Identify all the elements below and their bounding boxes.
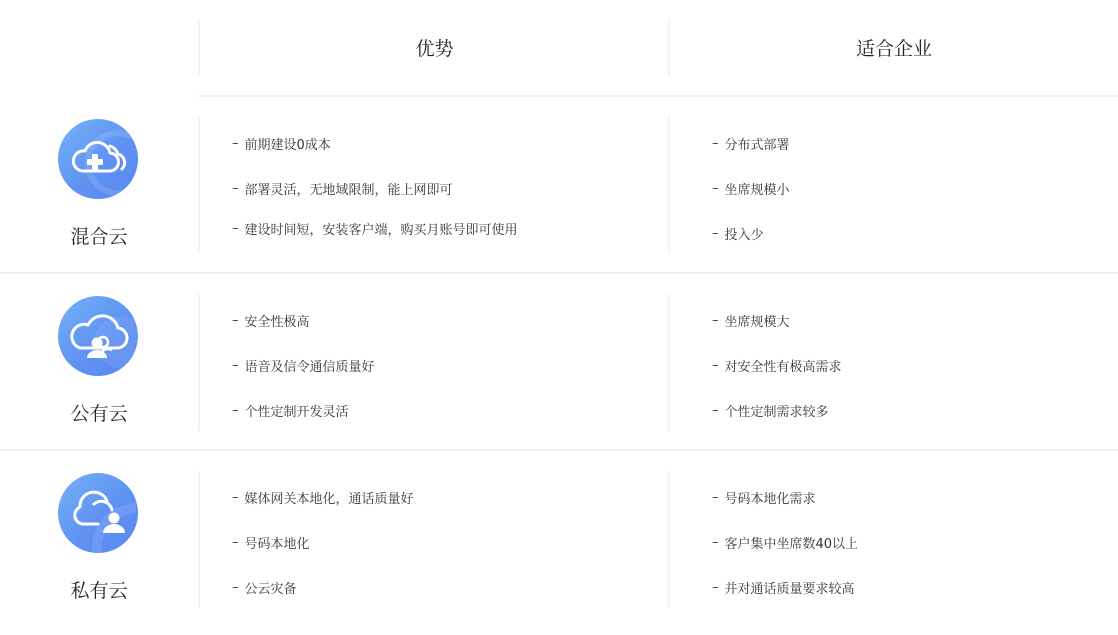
suitable-item: –对安全性有极高需求	[712, 355, 842, 375]
bullet-dash: –	[712, 403, 719, 418]
bullet-dash: –	[712, 580, 719, 595]
type-cell: 公有云	[0, 274, 198, 451]
bullet-dash: –	[712, 313, 719, 328]
cloud-comparison-table: 优势 适合企业 混合云 –前期建设0成本 –部署灵活，无地域限制，能上网即可	[0, 0, 1118, 635]
advantages-cell: –安全性极高 –语音及信令通信质量好 –个性定制开发灵活	[198, 294, 668, 431]
type-label: 公有云	[0, 399, 198, 426]
bullet-dash: –	[232, 535, 239, 550]
item-text: 语音及信令通信质量好	[245, 356, 375, 375]
bullet-dash: –	[232, 358, 239, 373]
advantage-item: –媒体网关本地化，通话质量好	[232, 487, 414, 507]
item-text: 前期建设0成本	[245, 134, 331, 153]
table-row-hybrid-cloud: 混合云 –前期建设0成本 –部署灵活，无地域限制，能上网即可 –建设时间短，安装…	[0, 97, 1118, 274]
private-cloud-user-icon	[58, 473, 138, 553]
item-text: 建设时间短，安装客户端，购买月账号即可使用	[245, 219, 518, 238]
header-suitable-label: 适合企业	[856, 34, 932, 61]
bullet-dash: –	[232, 221, 239, 236]
advantage-item: –个性定制开发灵活	[232, 400, 349, 420]
type-cell: 私有云	[0, 451, 198, 628]
item-text: 安全性极高	[245, 311, 310, 330]
item-text: 客户集中坐席数40以上	[725, 533, 859, 552]
advantage-item: –安全性极高	[232, 310, 310, 330]
header-advantages: 优势	[198, 18, 669, 76]
bullet-dash: –	[712, 136, 719, 151]
item-text: 分布式部署	[725, 134, 790, 153]
advantage-item: –部署灵活，无地域限制，能上网即可	[232, 178, 453, 198]
advantage-item: –公云灾备	[232, 577, 297, 597]
type-cell: 混合云	[0, 97, 198, 274]
table-row-private-cloud: 私有云 –媒体网关本地化，通话质量好 –号码本地化 –公云灾备 –号码本地化需求…	[0, 451, 1118, 628]
suitable-item: –投入少	[712, 223, 764, 243]
item-text: 坐席规模大	[725, 311, 790, 330]
advantage-item: –建设时间短，安装客户端，购买月账号即可使用	[232, 218, 518, 238]
suitable-cell: –坐席规模大 –对安全性有极高需求 –个性定制需求较多	[668, 294, 1118, 431]
type-label: 混合云	[0, 222, 198, 249]
item-text: 号码本地化	[245, 533, 310, 552]
suitable-cell: –号码本地化需求 –客户集中坐席数40以上 –并对通话质量要求较高	[668, 471, 1118, 608]
advantage-item: –语音及信令通信质量好	[232, 355, 375, 375]
item-text: 对安全性有极高需求	[725, 356, 842, 375]
suitable-item: –坐席规模小	[712, 178, 790, 198]
table-header: 优势 适合企业	[0, 0, 1118, 97]
bullet-dash: –	[712, 358, 719, 373]
suitable-item: –客户集中坐席数40以上	[712, 532, 858, 552]
suitable-item: –号码本地化需求	[712, 487, 816, 507]
bullet-dash: –	[232, 313, 239, 328]
advantage-item: –前期建设0成本	[232, 133, 331, 153]
suitable-cell: –分布式部署 –坐席规模小 –投入少	[668, 117, 1118, 254]
bullet-dash: –	[712, 226, 719, 241]
item-text: 个性定制开发灵活	[245, 401, 349, 420]
header-suitable-enterprises: 适合企业	[668, 18, 1118, 76]
hybrid-cloud-plus-icon	[58, 119, 138, 199]
bullet-dash: –	[712, 181, 719, 196]
bullet-dash: –	[232, 181, 239, 196]
item-text: 部署灵活，无地域限制，能上网即可	[245, 179, 453, 198]
bullet-dash: –	[232, 490, 239, 505]
type-label: 私有云	[0, 576, 198, 603]
item-text: 个性定制需求较多	[725, 401, 829, 420]
suitable-item: –坐席规模大	[712, 310, 790, 330]
item-text: 并对通话质量要求较高	[725, 578, 855, 597]
item-text: 投入少	[725, 224, 764, 243]
suitable-item: –并对通话质量要求较高	[712, 577, 855, 597]
table-row-public-cloud: 公有云 –安全性极高 –语音及信令通信质量好 –个性定制开发灵活 –坐席规模大 …	[0, 274, 1118, 451]
advantages-cell: –媒体网关本地化，通话质量好 –号码本地化 –公云灾备	[198, 471, 668, 608]
suitable-item: –分布式部署	[712, 133, 790, 153]
item-text: 公云灾备	[245, 578, 297, 597]
public-cloud-users-icon	[58, 296, 138, 376]
item-text: 媒体网关本地化，通话质量好	[245, 488, 414, 507]
header-advantages-label: 优势	[415, 34, 453, 61]
item-text: 坐席规模小	[725, 179, 790, 198]
bullet-dash: –	[232, 580, 239, 595]
bullet-dash: –	[232, 136, 239, 151]
bullet-dash: –	[712, 490, 719, 505]
bullet-dash: –	[232, 403, 239, 418]
bullet-dash: –	[712, 535, 719, 550]
item-text: 号码本地化需求	[725, 488, 816, 507]
suitable-item: –个性定制需求较多	[712, 400, 829, 420]
advantages-cell: –前期建设0成本 –部署灵活，无地域限制，能上网即可 –建设时间短，安装客户端，…	[198, 117, 668, 254]
advantage-item: –号码本地化	[232, 532, 310, 552]
